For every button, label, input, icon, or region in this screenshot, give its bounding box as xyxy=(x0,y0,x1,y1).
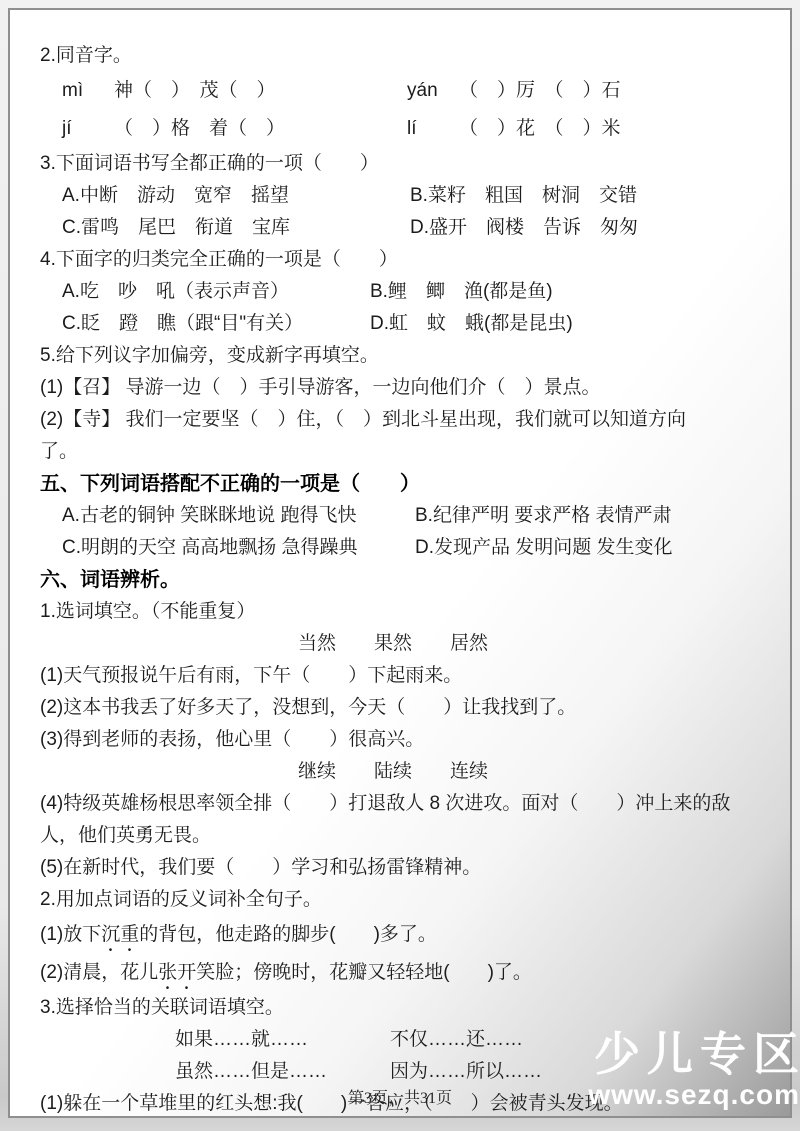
q5-item2-line2: 了。 xyxy=(40,436,764,468)
watermark-brand: 少儿专区 xyxy=(588,1031,800,1077)
q2-row1: mì神（ ） 茂（ ） yán（ ）厉 （ ）石 xyxy=(40,72,764,110)
sub2-item1: (1)放下沉重的背包，他走路的脚步( )多了。 xyxy=(40,916,764,954)
section5-option-c: C.明朗的天空 高高地飘扬 急得躁典 xyxy=(62,532,415,564)
q5-title: 5.给下列议字加偏旁，变成新字再填空。 xyxy=(40,340,764,372)
q4-option-c: C.眨 蹬 瞧（跟“目"有关） xyxy=(62,308,370,340)
connective-4: 因为……所以…… xyxy=(390,1056,542,1088)
sub2-item1-pre: (1)放下 xyxy=(40,924,101,945)
section6-title: 六、词语辨析。 xyxy=(40,564,764,596)
q3-options-ab: A.中断 游动 宽窄 摇望 B.菜籽 粗国 树洞 交错 xyxy=(40,180,764,212)
sub2-item2: (2)清晨，花儿张开笑脸；傍晚时，花瓣又轻轻地( )了。 xyxy=(40,954,764,992)
q3-option-a: A.中断 游动 宽窄 摇望 xyxy=(62,180,410,212)
connective-2: 不仅……还…… xyxy=(390,1024,523,1056)
q4-options-ab: A.吃 吵 吼（表示声音） B.鲤 鲫 渔(都是鱼) xyxy=(40,276,764,308)
pinyin-mi: mì xyxy=(62,72,114,110)
q3-option-d: D.盛开 阀楼 告诉 匆匆 xyxy=(410,212,638,244)
sub1-item5: (5)在新时代，我们要（ ）学习和弘扬雷锋精神。 xyxy=(40,852,764,884)
sub2-item2-pre: (2)清晨，花儿 xyxy=(40,962,158,983)
pinyin-li: lí xyxy=(407,110,459,148)
q2-row2-right-cells: （ ）花 （ ）米 xyxy=(459,118,621,139)
q5-item2-line1: (2)【寺】 我们一定要坚（ ）住，（ ）到北斗星出现，我们就可以知道方向 xyxy=(40,404,764,436)
word-bank-2: 继续 陆续 连续 xyxy=(40,756,764,788)
q3-options-cd: C.雷鸣 尾巴 衔道 宝库 D.盛开 阀楼 告诉 匆匆 xyxy=(40,212,764,244)
word-bank-1: 当然 果然 居然 xyxy=(40,628,764,660)
sec6-sub3-title: 3.选择恰当的关联词语填空。 xyxy=(40,992,764,1024)
sub2-item1-post: 的背包，他走路的脚步( )多了。 xyxy=(139,924,437,945)
q2-row2-right: lí（ ）花 （ ）米 xyxy=(407,110,621,148)
watermark: 少儿专区 www.sezq.com xyxy=(588,1031,800,1109)
sub2-item2-post: 笑脸；傍晚时，花瓣又轻轻地( )了。 xyxy=(196,962,532,983)
q3-option-b: B.菜籽 粗国 树洞 交错 xyxy=(410,180,637,212)
connective-3: 虽然……但是…… xyxy=(175,1056,390,1088)
section5-option-d: D.发现产品 发明问题 发生变化 xyxy=(415,532,673,564)
q2-row2: jí（ ）格 着（ ） lí（ ）花 （ ）米 xyxy=(40,110,764,148)
section5-options-cd: C.明朗的天空 高高地飘扬 急得躁典 D.发现产品 发明问题 发生变化 xyxy=(40,532,764,564)
section5-options-ab: A.古老的铜钟 笑眯眯地说 跑得飞快 B.纪律严明 要求严格 表情严肃 xyxy=(40,500,764,532)
pinyin-ji: jí xyxy=(62,110,114,148)
q2-row2-left: jí（ ）格 着（ ） xyxy=(62,110,407,148)
q4-option-b: B.鲤 鲫 渔(都是鱼) xyxy=(370,276,553,308)
q3-option-c: C.雷鸣 尾巴 衔道 宝库 xyxy=(62,212,410,244)
q2-row1-left-cells: 神（ ） 茂（ ） xyxy=(114,80,276,101)
q3-title: 3.下面词语书写全都正确的一项（ ） xyxy=(40,148,764,180)
exam-page: 2.同音字。 mì神（ ） 茂（ ） yán（ ）厉 （ ）石 jí（ ）格 着… xyxy=(8,8,792,1118)
sub1-item4-line2: 人，他们英勇无畏。 xyxy=(40,820,764,852)
section5-option-a: A.古老的铜钟 笑眯眯地说 跑得飞快 xyxy=(62,500,415,532)
q2-row2-left-cells: （ ）格 着（ ） xyxy=(114,118,285,139)
document-canvas: 2.同音字。 mì神（ ） 茂（ ） yán（ ）厉 （ ）石 jí（ ）格 着… xyxy=(0,0,800,1131)
q4-option-d: D.虹 蚊 蛾(都是昆虫) xyxy=(370,308,573,340)
q2-row1-right-cells: （ ）厉 （ ）石 xyxy=(459,80,621,101)
sub1-item2: (2)这本书我丢了好多天了，没想到，今天（ ）让我找到了。 xyxy=(40,692,764,724)
sec6-sub1-title: 1.选词填空。（不能重复） xyxy=(40,596,764,628)
q2-row1-left: mì神（ ） 茂（ ） xyxy=(62,72,407,110)
section5-option-b: B.纪律严明 要求严格 表情严肃 xyxy=(415,500,672,532)
sub1-item4-line1: (4)特级英雄杨根思率领全排（ ）打退敌人 8 次进攻。面对（ ）冲上来的敌 xyxy=(40,788,764,820)
sub2-item1-emphasized: 沉重 xyxy=(101,924,139,945)
watermark-site-url: www.sezq.com xyxy=(588,1081,800,1109)
pinyin-yan: yán xyxy=(407,72,459,110)
q2-row1-right: yán（ ）厉 （ ）石 xyxy=(407,72,621,110)
sub1-item3: (3)得到老师的表扬，他心里（ ）很高兴。 xyxy=(40,724,764,756)
sub2-item2-emphasized: 张开 xyxy=(158,962,196,983)
connective-1: 如果……就…… xyxy=(175,1024,390,1056)
q4-options-cd: C.眨 蹬 瞧（跟“目"有关） D.虹 蚊 蛾(都是昆虫) xyxy=(40,308,764,340)
q5-item1: (1)【召】 导游一边（ ）手引导游客，一边向他们介（ ）景点。 xyxy=(40,372,764,404)
sec6-sub2-title: 2.用加点词语的反义词补全句子。 xyxy=(40,884,764,916)
section5-title: 五、下列词语搭配不正确的一项是（ ） xyxy=(40,468,764,500)
q4-title: 4.下面字的归类完全正确的一项是（ ） xyxy=(40,244,764,276)
sub1-item1: (1)天气预报说午后有雨，下午（ ）下起雨来。 xyxy=(40,660,764,692)
q4-option-a: A.吃 吵 吼（表示声音） xyxy=(62,276,370,308)
q2-title: 2.同音字。 xyxy=(40,40,764,72)
